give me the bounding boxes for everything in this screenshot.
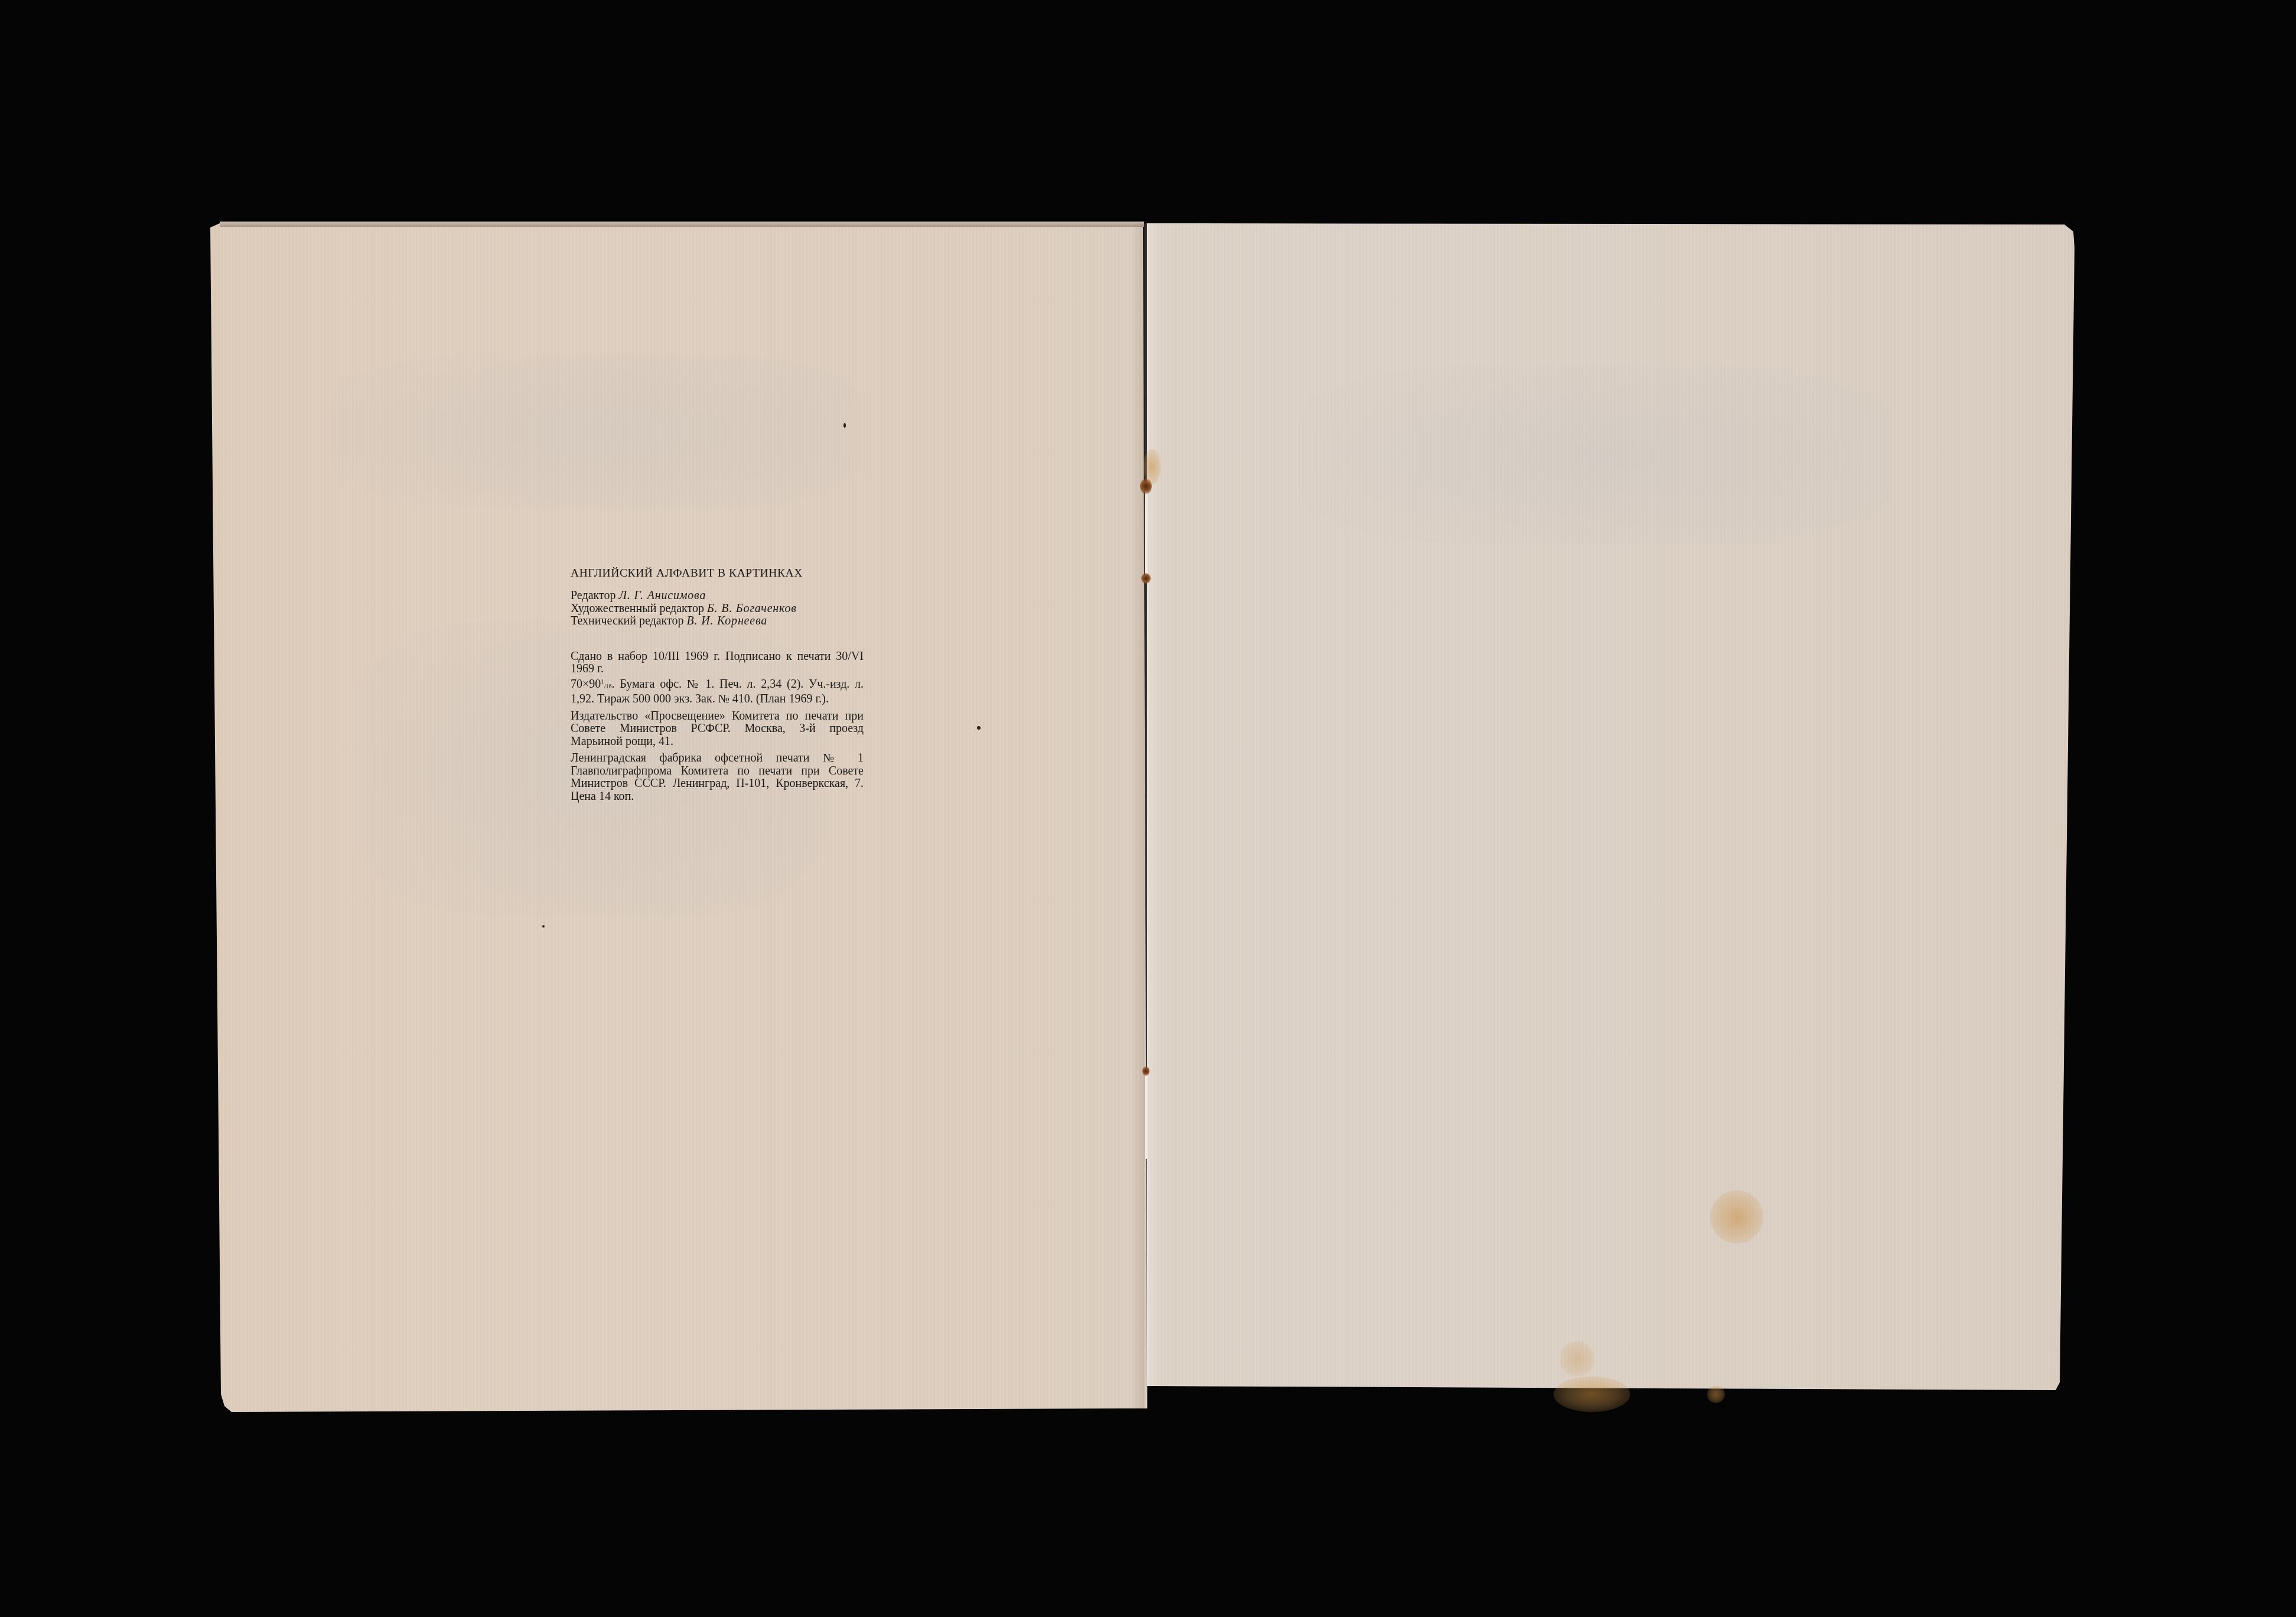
print-dates: Сдано в набор 10/III 1969 г. Подписано к… (571, 650, 864, 676)
ink-speck (542, 925, 545, 928)
show-through-mark (1300, 366, 1890, 544)
colophon: АНГЛИЙСКИЙ АЛФАВИТ В КАРТИНКАХ Редактор … (571, 566, 864, 803)
rust-stain (1143, 449, 1161, 484)
water-stain (1559, 1341, 1595, 1377)
credit-tech-editor: Технический редактор В. И. Корнеева (571, 615, 864, 628)
credit-editor: Редактор Л. Г. Анисимова (571, 590, 864, 603)
water-stain (1554, 1377, 1630, 1412)
spine-highlight (1147, 223, 1160, 1386)
rust-spot (1142, 1066, 1149, 1076)
rust-spot (1141, 573, 1151, 584)
ink-speck (977, 726, 981, 730)
credit-role: Редактор (571, 589, 615, 602)
credit-role: Художественный редактор (571, 602, 704, 615)
credit-name: В. И. Корнеева (687, 614, 768, 627)
credit-name: Л. Г. Анисимова (618, 589, 706, 602)
ink-speck (844, 423, 846, 428)
print-specs: 70×901/16. Бумага офс. № 1. Печ. л. 2,34… (571, 676, 864, 706)
water-stain (1707, 1385, 1725, 1403)
book-title: АНГЛИЙСКИЙ АЛФАВИТ В КАРТИНКАХ (571, 566, 864, 581)
credit-role: Технический редактор (571, 614, 684, 627)
printer-info: Ленинградская фабрика офсетной печати № … (571, 752, 864, 803)
staple (1145, 1071, 1148, 1159)
credit-art-editor: Художественный редактор Б. В. Богаченков (571, 603, 864, 616)
credit-name: Б. В. Богаченков (707, 602, 797, 615)
spine-shadow (1131, 223, 1148, 1408)
staple (1145, 490, 1148, 576)
water-stain (1710, 1190, 1763, 1244)
publisher-info: Издательство «Просвещение» Комитета по п… (571, 710, 864, 749)
page-edge-strip (220, 222, 1144, 227)
show-through-mark (331, 354, 862, 508)
